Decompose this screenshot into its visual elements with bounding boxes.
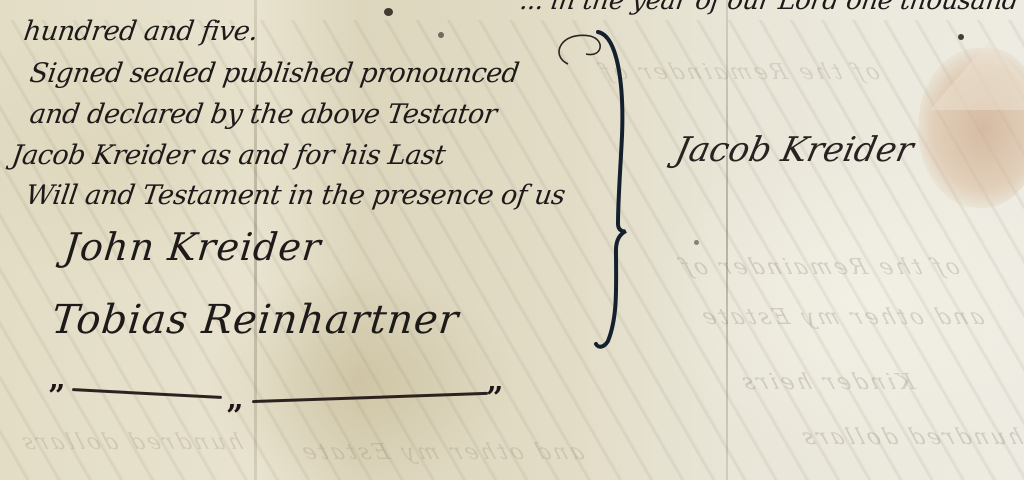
bleed-line: Kinder heirs: [736, 370, 918, 395]
ink-blot: [384, 8, 393, 16]
ink-blot: [438, 32, 444, 38]
closing-rule: [72, 388, 222, 399]
ink-blot: [958, 34, 964, 40]
attestation-line-4: Jacob Kreider as and for his Last: [10, 142, 447, 169]
paper-flap: [930, 40, 1024, 110]
attestation-line-1: hundred and five.: [22, 18, 259, 45]
bleed-line: hundred dollars: [16, 430, 247, 455]
ditto-mark: ”: [226, 402, 243, 432]
ditto-mark: ”: [486, 384, 503, 414]
bleed-line: and other my Estate: [296, 440, 588, 465]
bleed-line: hundred dollars: [796, 425, 1024, 450]
testator-signature: Jacob Kreider: [672, 130, 917, 170]
attestation-line-3: and declared by the above Testator: [28, 101, 498, 128]
witness-signature-2: Tobias Reinhartner: [50, 300, 461, 340]
bleed-line: and other my Estate: [696, 305, 988, 330]
bleed-line: of the Remainder of: [676, 255, 963, 280]
witness-signature-1: John Kreider: [62, 228, 323, 266]
paper-fold-line: [726, 0, 728, 480]
top-line-fragment: ... in the year of our Lord one thousand…: [518, 0, 1024, 14]
attestation-line-5: Will and Testament in the presence of us: [24, 182, 567, 209]
document-photo: of the Remainder of and other my Estate …: [0, 0, 1024, 480]
grouping-brace: [540, 26, 640, 356]
closing-rule: [252, 392, 488, 403]
ink-blot: [694, 240, 699, 245]
ditto-mark: ”: [48, 382, 65, 412]
attestation-line-2: Signed sealed published pronounced: [28, 60, 520, 87]
